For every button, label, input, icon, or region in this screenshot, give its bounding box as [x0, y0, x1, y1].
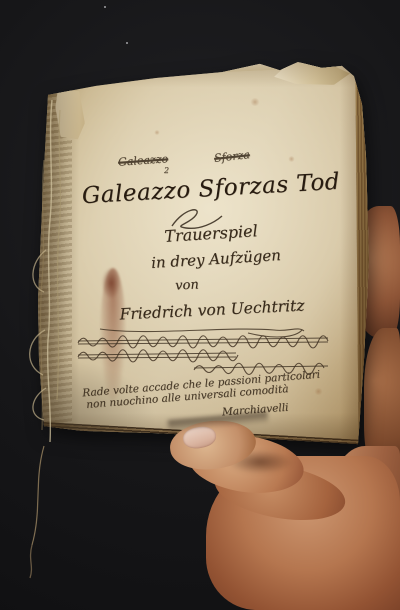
photo-scene: Galeazzo 2 Sforza Galeazzo Sforzas Tod T…	[0, 0, 400, 610]
hand	[0, 0, 400, 610]
